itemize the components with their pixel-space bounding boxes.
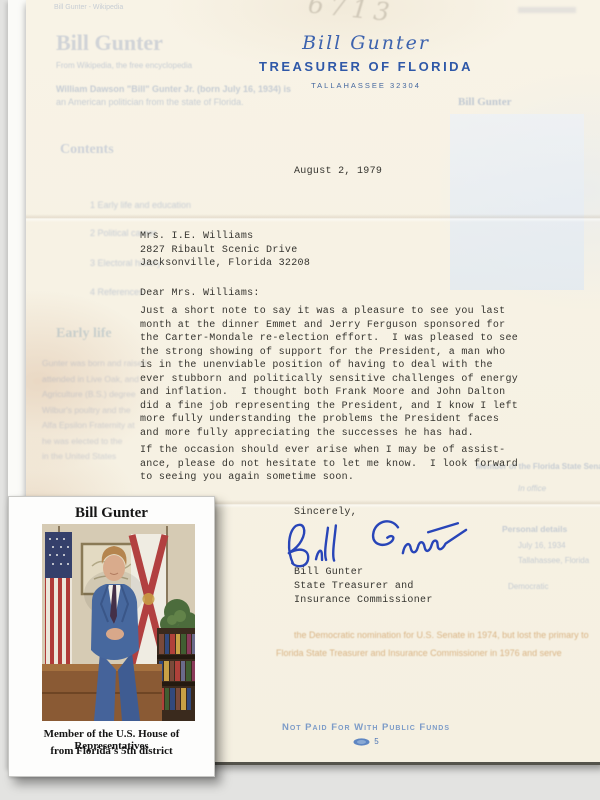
bleed-contents-item: 1 Early life and education xyxy=(90,200,191,210)
bleed-dob: July 16, 1934 xyxy=(518,541,566,550)
body-paragraph-2: If the occasion should ever arise when I… xyxy=(140,444,518,485)
letterhead-title: TREASURER OF FLORIDA xyxy=(166,59,566,74)
bleed-highlight-line1: the Democratic nomination for U.S. Senat… xyxy=(294,630,589,640)
bleed-page-header-right-smudge xyxy=(518,7,576,13)
disclaimer-line: Not Paid For With Public Funds xyxy=(166,722,566,733)
bookshelf xyxy=(157,628,195,721)
bleed-in-office: In office xyxy=(518,484,546,493)
bleed-intro-line2: an American politician from the state of… xyxy=(56,97,244,107)
bleed-early-life-text: Gunter was born and raised attended in L… xyxy=(42,356,147,465)
bleed-contents-item: 4 References xyxy=(90,287,144,297)
bleed-party: Democratic xyxy=(508,582,548,591)
letterhead-script-name: Bill Gunter xyxy=(166,32,566,54)
signer-block: Bill Gunter State Treasurer and Insuranc… xyxy=(294,566,433,608)
pencil-annotation: 6713 xyxy=(307,0,397,28)
bleed-article-heading: Bill Gunter xyxy=(56,30,163,56)
union-bug-row: 5 xyxy=(166,737,566,746)
bleed-personal-details: Personal details xyxy=(502,524,567,534)
union-bug-number: 5 xyxy=(374,737,378,746)
bleed-early-life-heading: Early life xyxy=(56,326,112,342)
photo-card: Bill Gunter xyxy=(8,496,215,777)
letterhead-city-zip: TALLAHASSEE 32304 xyxy=(166,81,566,90)
body-paragraph-1: Just a short note to say it was a pleasu… xyxy=(140,305,518,440)
salutation: Dear Mrs. Williams: xyxy=(140,287,260,301)
letter-date: August 2, 1979 xyxy=(294,165,382,179)
bleed-infobox-title: Bill Gunter xyxy=(458,96,511,108)
fold-crease xyxy=(26,214,600,222)
scanned-letter-photo: Bill Gunter - Wikipedia 6713 Bill Gunter… xyxy=(0,0,600,800)
bleed-highlight-line2: Florida State Treasurer and Insurance Co… xyxy=(276,648,562,658)
card-title: Bill Gunter xyxy=(9,505,214,522)
bleed-hometown: Tallahassee, Florida xyxy=(518,556,589,565)
bleed-page-header-left: Bill Gunter - Wikipedia xyxy=(54,4,123,11)
recipient-address: Mrs. I.E. Williams 2827 Ribault Scenic D… xyxy=(140,230,310,271)
card-caption-line2: from Florida's 5th district xyxy=(9,745,214,757)
bleed-infobox-portrait xyxy=(450,114,584,290)
bleed-contents-heading: Contents xyxy=(60,142,114,158)
portrait-photo xyxy=(42,524,195,721)
union-bug-icon xyxy=(353,738,370,746)
